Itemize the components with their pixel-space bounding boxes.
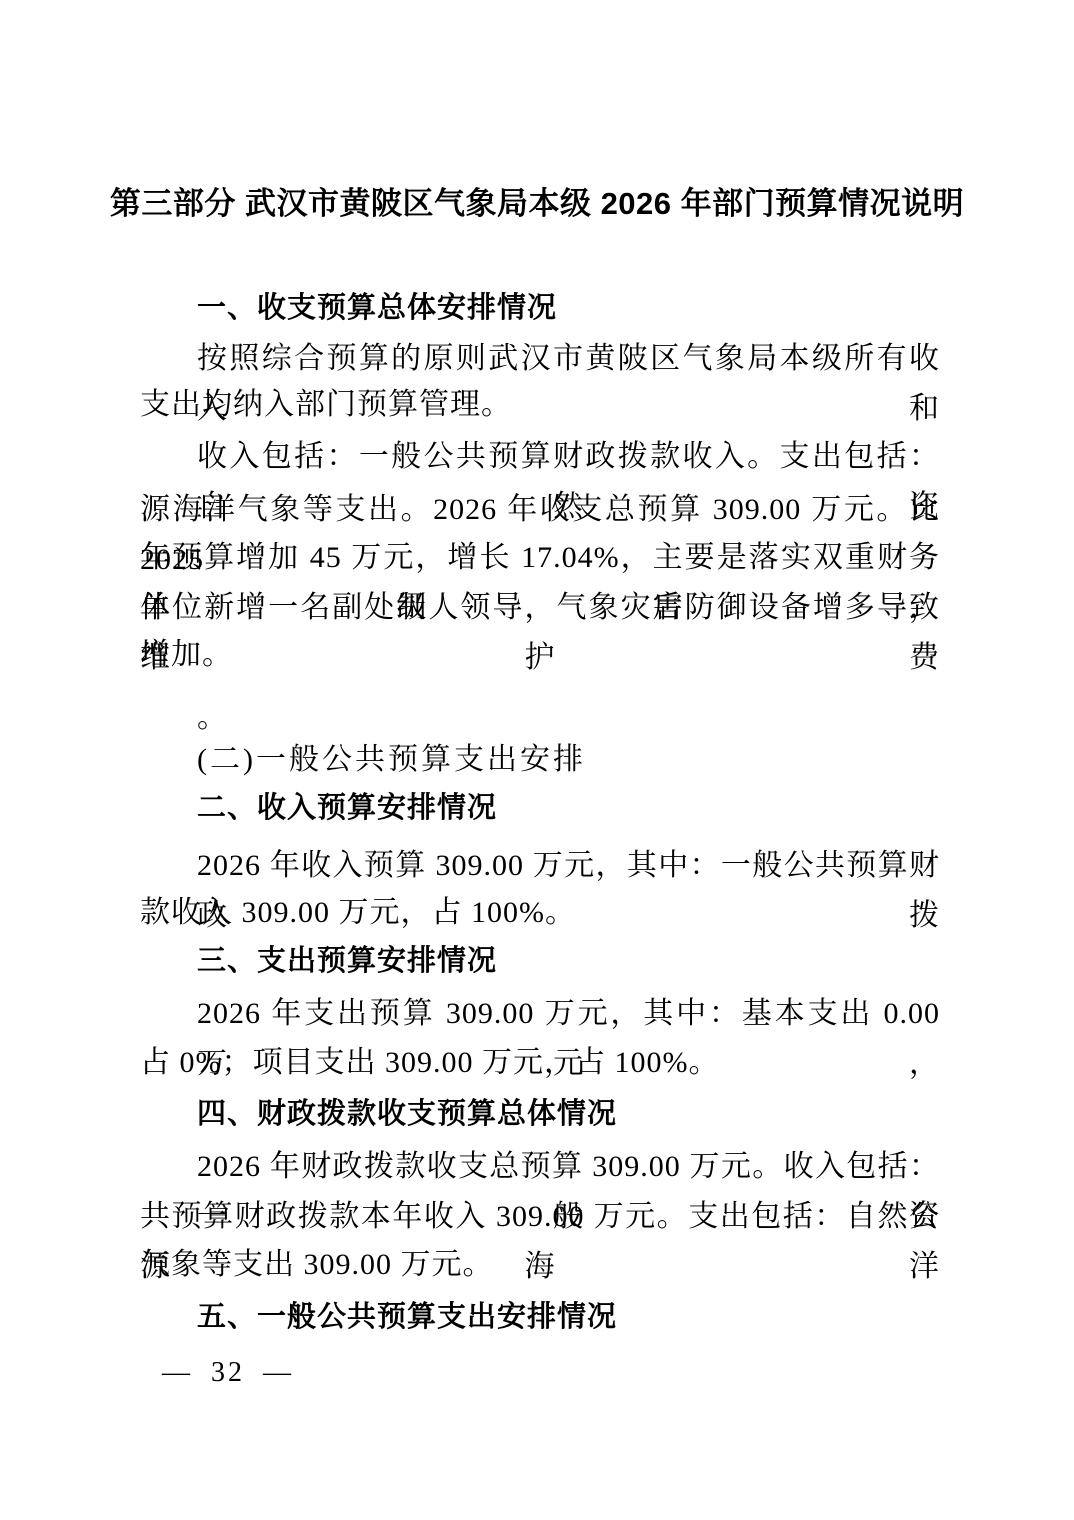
doc-line: 2026 年财政拨款收支总预算 309.00 万元。收入包括：一般公 (140, 1142, 940, 1192)
doc-line: 年预算增加 45 万元，增长 17.04%，主要是落实双重财务体制后， (140, 533, 940, 583)
doc-line: 2026 年支出预算 309.00 万元，其中：基本支出 0.00 万元， (140, 989, 940, 1039)
section-heading-3: 三、支出预算安排情况 (140, 936, 940, 986)
doc-line: 源海洋气象等支出。2026 年收支总预算 309.00 万元。比 2025 (140, 485, 940, 535)
sub-heading-kaiti: (二)一般公共预算支出安排 (140, 735, 940, 785)
document-page: 第三部分 武汉市黄陂区气象局本级 2026 年部门预算情况说明 一、收支预算总体… (0, 0, 1074, 1520)
doc-line: 增加。 (140, 630, 940, 680)
doc-line: 2026 年收入预算 309.00 万元，其中：一般公共预算财政拨 (140, 841, 940, 891)
doc-line: 共预算财政拨款本年收入 309.00 万元。支出包括：自然资源海洋 (140, 1192, 940, 1242)
doc-line: 占 0%；项目支出 309.00 万元，占 100%。 (140, 1038, 940, 1088)
page-title: 第三部分 武汉市黄陂区气象局本级 2026 年部门预算情况说明 (67, 179, 1007, 229)
doc-line: 款收入 309.00 万元，占 100%。 (140, 888, 940, 938)
page-number: — 32 — (162, 1348, 562, 1398)
section-heading-2: 二、收入预算安排情况 (140, 783, 940, 833)
doc-line: 按照综合预算的原则武汉市黄陂区气象局本级所有收入和 (140, 334, 940, 384)
doc-line: 单位新增一名副处级人领导，气象灾害防御设备增多导致维护费 (140, 583, 940, 633)
doc-line: 收入包括：一般公共预算财政拨款收入。支出包括：自然资 (140, 432, 940, 482)
section-heading-1: 一、收支预算总体安排情况 (140, 283, 940, 333)
section-heading-4: 四、财政拨款收支预算总体情况 (140, 1089, 940, 1139)
doc-line: 气象等支出 309.00 万元。 (140, 1240, 940, 1290)
section-heading-5: 五、一般公共预算支出安排情况 (140, 1292, 940, 1342)
doc-line: 支出均纳入部门预算管理。 (140, 380, 940, 430)
